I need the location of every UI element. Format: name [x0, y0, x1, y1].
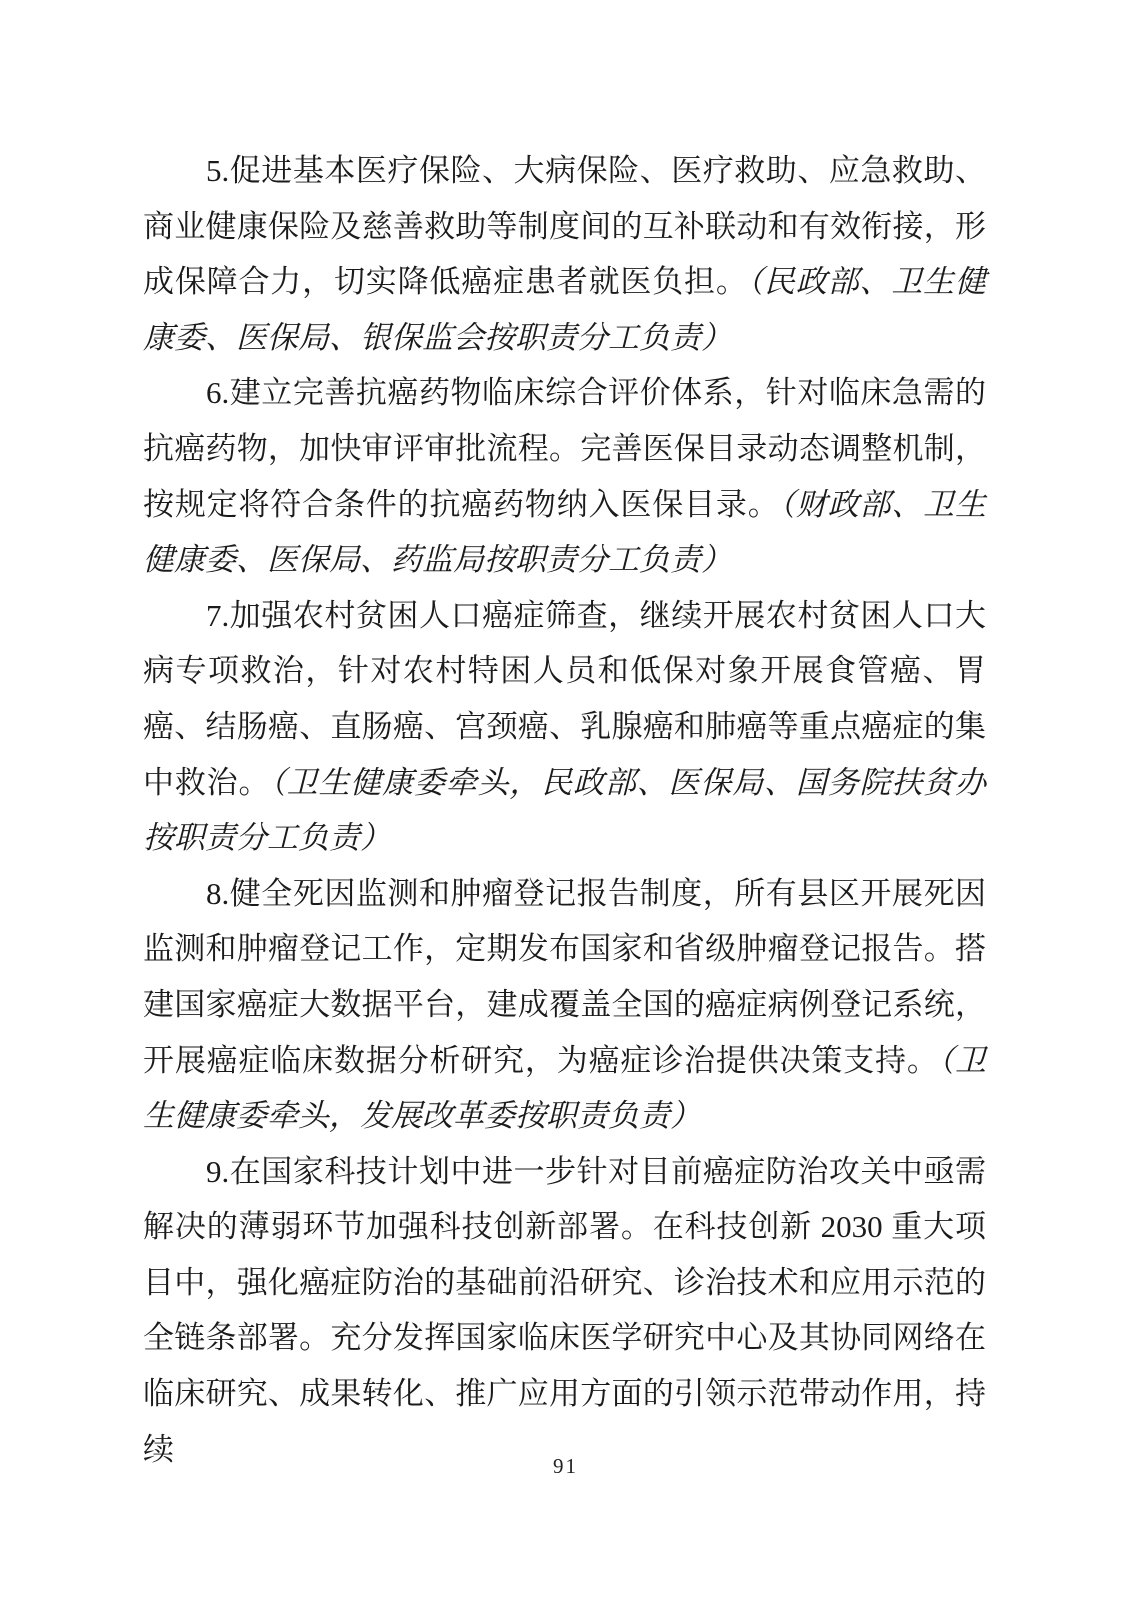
paragraph-item-5: 5.促进基本医疗保险、大病保险、医疗救助、应急救助、商业健康保险及慈善救助等制度…	[143, 143, 986, 365]
paragraph-item-8: 8.健全死因监测和肿瘤登记报告制度，所有县区开展死因监测和肿瘤登记工作，定期发布…	[143, 866, 986, 1144]
paragraph-item-9: 9.在国家科技计划中进一步针对目前癌症防治攻关中亟需解决的薄弱环节加强科技创新部…	[143, 1144, 986, 1478]
paragraph-item-6: 6.建立完善抗癌药物临床综合评价体系，针对临床急需的抗癌药物，加快审评审批流程。…	[143, 365, 986, 587]
paragraph-attribution-text: （卫生健康委牵头，民政部、医保局、国务院扶贫办按职责分工负责）	[143, 765, 986, 856]
document-body: 5.促进基本医疗保险、大病保险、医疗救助、应急救助、商业健康保险及慈善救助等制度…	[143, 143, 986, 1477]
document-page: 5.促进基本医疗保险、大病保险、医疗救助、应急救助、商业健康保险及慈善救助等制度…	[0, 0, 1131, 1600]
page-number: 91	[0, 1452, 1131, 1480]
paragraph-main-text: 9.在国家科技计划中进一步针对目前癌症防治攻关中亟需解决的薄弱环节加强科技创新部…	[143, 1154, 986, 1467]
paragraph-item-7: 7.加强农村贫困人口癌症筛查，继续开展农村贫困人口大病专项救治，针对农村特困人员…	[143, 588, 986, 866]
paragraph-main-text: 8.健全死因监测和肿瘤登记报告制度，所有县区开展死因监测和肿瘤登记工作，定期发布…	[143, 876, 986, 1078]
